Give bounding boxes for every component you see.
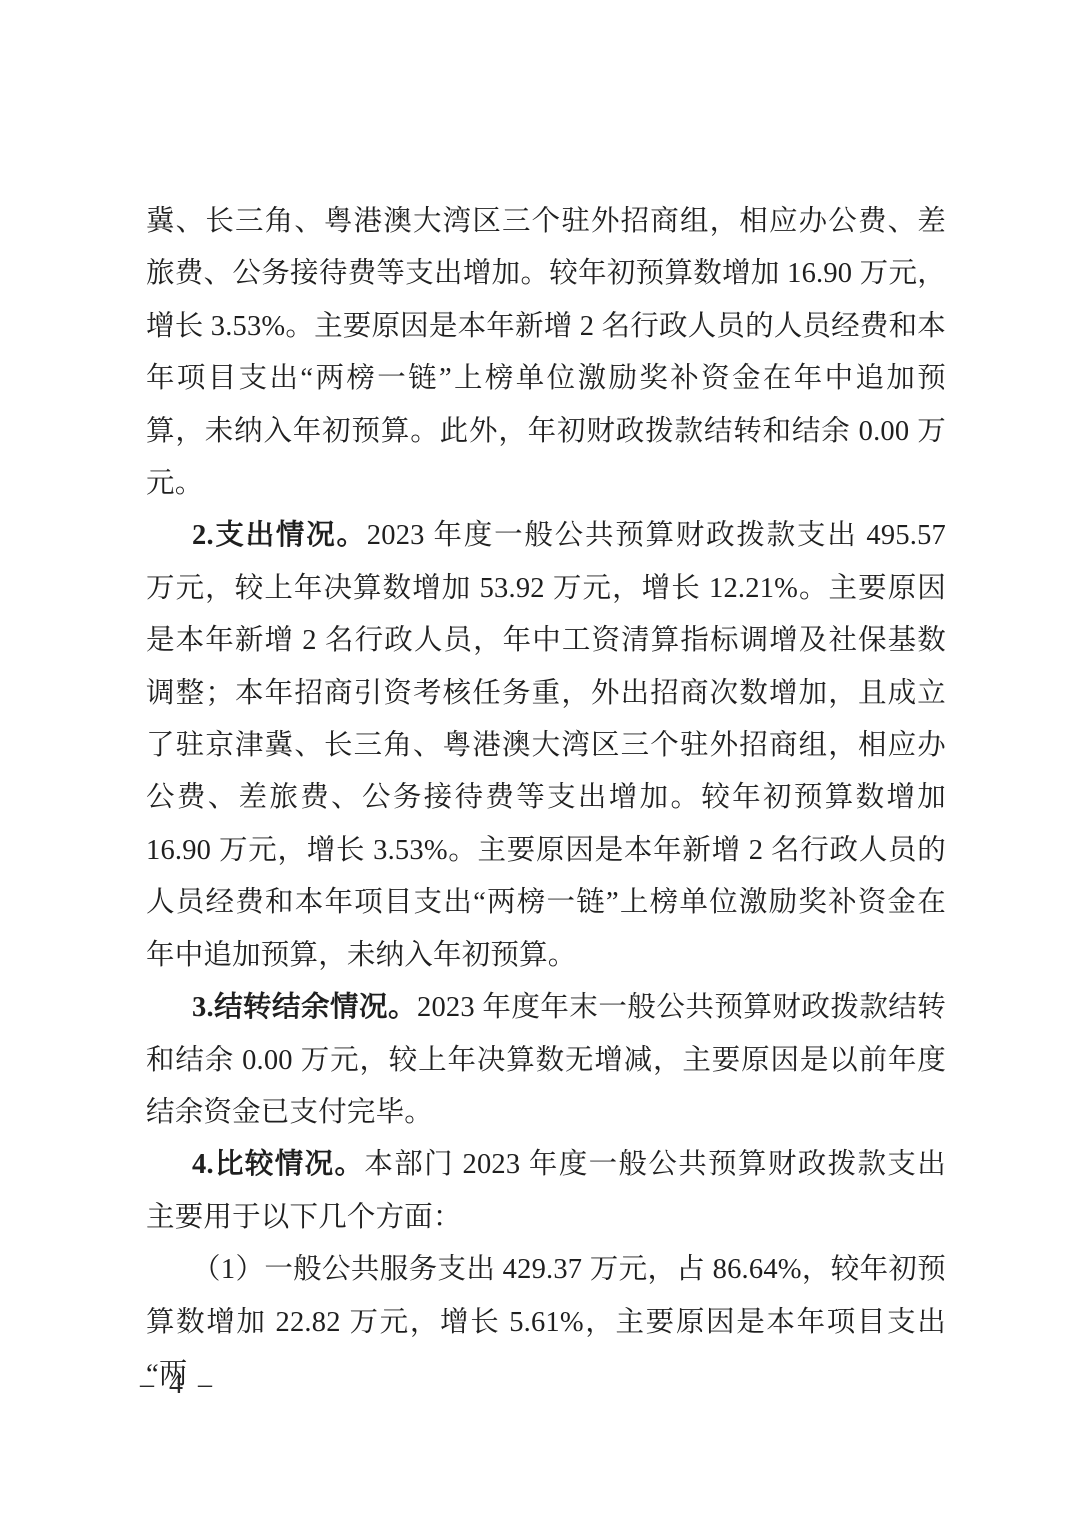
paragraph-text: （1）一般公共服务支出 429.37 万元，占 86.64%，较年初预算数增加 … bbox=[146, 1254, 946, 1390]
section-heading-4: 4.比较情况。 bbox=[192, 1149, 364, 1180]
paragraph-text: 2023 年度一般公共预算财政拨款支出 495.57 万元，较上年决算数增加 5… bbox=[146, 520, 946, 970]
paragraph-carryover: 3.结转结余情况。2023 年度年末一般公共预算财政拨款结转和结余 0.00 万… bbox=[146, 982, 946, 1139]
section-heading-3: 3.结转结余情况。 bbox=[192, 992, 417, 1023]
paragraph-continuation: 冀、长三角、粤港澳大湾区三个驻外招商组，相应办公费、差旅费、公务接待费等支出增加… bbox=[146, 196, 946, 510]
document-page: 冀、长三角、粤港澳大湾区三个驻外招商组，相应办公费、差旅费、公务接待费等支出增加… bbox=[0, 0, 1074, 1520]
page-number: – 4 – bbox=[140, 1368, 212, 1402]
section-heading-2: 2.支出情况。 bbox=[192, 520, 367, 551]
paragraph-comparison: 4.比较情况。本部门 2023 年度一般公共预算财政拨款支出主要用于以下几个方面… bbox=[146, 1139, 946, 1244]
paragraph-text: 冀、长三角、粤港澳大湾区三个驻外招商组，相应办公费、差旅费、公务接待费等支出增加… bbox=[146, 206, 946, 499]
paragraph-item-1: （1）一般公共服务支出 429.37 万元，占 86.64%，较年初预算数增加 … bbox=[146, 1244, 946, 1401]
paragraph-expenditure: 2.支出情况。2023 年度一般公共预算财政拨款支出 495.57 万元，较上年… bbox=[146, 510, 946, 982]
page-body-text: 冀、长三角、粤港澳大湾区三个驻外招商组，相应办公费、差旅费、公务接待费等支出增加… bbox=[146, 196, 946, 1401]
